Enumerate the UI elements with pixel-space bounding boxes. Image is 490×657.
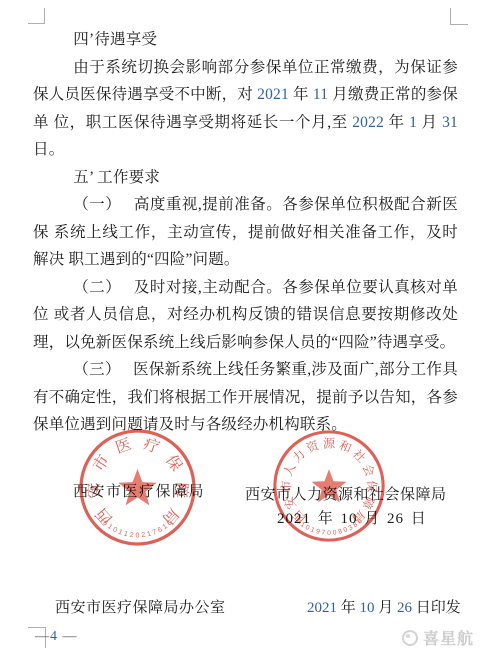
paragraph: （二） 及时对接,主动配合。各参保单位要认真核对单位 或者人员信息，对经办机构反… [33,274,458,357]
document-body: 四’待遇享受由于系统切换会影响部分参保单位正常缴费，为保证参保人员医保待遇享受不… [33,26,458,439]
svg-text:6: 6 [157,526,164,534]
section-heading: 五’ 工作要求 [33,164,458,192]
svg-text:人: 人 [281,462,299,478]
svg-text:资: 资 [304,437,322,456]
svg-text:力: 力 [289,446,308,465]
svg-text:0: 0 [136,532,140,539]
svg-text:9: 9 [315,528,321,536]
svg-text:社: 社 [350,446,369,465]
svg-text:1: 1 [106,523,113,531]
svg-text:6: 6 [166,520,174,528]
svg-text:7: 7 [152,529,158,537]
watermark-text: 喜星航 [423,626,474,649]
margin-crop-mark-top-left [28,8,45,24]
section-heading: 四’待遇享受 [33,26,458,54]
svg-text:0: 0 [111,526,118,534]
svg-text:0: 0 [332,529,337,536]
svg-text:1: 1 [162,523,169,531]
svg-text:会: 会 [360,462,378,478]
svg-text:保: 保 [162,452,186,475]
svg-text:局: 局 [159,504,183,528]
svg-text:7: 7 [321,529,326,536]
paragraph: （一） 高度重视,提前准备。各参保单位积极配合新医保 系统上线工作，主动宣传，提… [33,191,458,274]
left-signature-agency: 西安市医疗保障局 [73,480,205,501]
right-signature-agency: 西安市人力资源和社会保障局 [245,483,447,504]
svg-text:市: 市 [89,452,113,475]
svg-text:1: 1 [146,531,152,539]
watermark: 喜星航 [402,626,474,649]
paragraph: 由于系统切换会影响部分参保单位正常缴费，为保证参保人员医保待遇享受不中断，对 2… [33,54,458,164]
svg-text:2: 2 [141,532,146,539]
margin-crop-mark-top-right [450,8,468,25]
svg-text:0: 0 [327,530,331,537]
signature-date: 2021 年 10 月 26 日 [277,507,427,528]
footer-print-date: 2021 年 10 月 26 日印发 [307,596,461,617]
footer-office-name: 西安市医疗保障局办公室 [55,596,226,617]
watermark-logo-icon [402,630,418,646]
svg-text:1: 1 [117,529,123,537]
svg-text:8: 8 [338,528,344,536]
svg-text:6: 6 [101,520,109,528]
page-number: —4 — [35,629,78,645]
paragraph: （三） 医保新系统上线任务繁重,涉及面广,部分工作具 有不确定性，我们将根据工作… [33,356,458,439]
svg-text:2: 2 [129,532,134,539]
svg-text:源: 源 [323,436,336,450]
svg-text:西: 西 [92,504,116,528]
svg-text:和: 和 [337,438,354,456]
svg-text:1: 1 [123,531,129,539]
document-page: 四’待遇享受由于系统切换会影响部分参保单位正常缴费，为保证参保人员医保待遇享受不… [0,0,490,657]
